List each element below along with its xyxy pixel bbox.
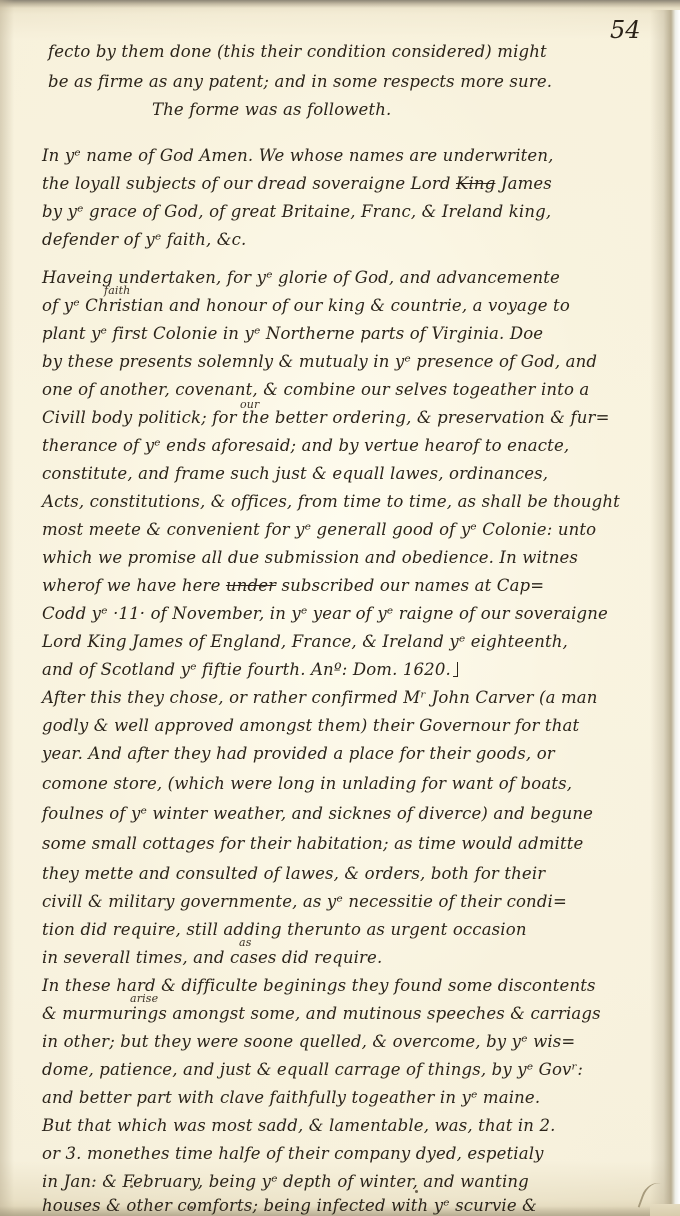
line-text: & murmurings amongst some, and mutinous …: [42, 1004, 601, 1023]
line-text: Codd yᵉ ·11· of November, in yᵉ year of …: [42, 604, 608, 623]
manuscript-line: in other; but they were soone quelled, &…: [42, 1032, 575, 1051]
line-text: in other; but they were soone quelled, &…: [42, 1032, 575, 1051]
manuscript-line: constitute, and frame such just & equall…: [42, 464, 548, 483]
manuscript-page: 54 fecto by them done (this their condit…: [0, 0, 680, 1216]
line-text: comone store, (which were long in unladi…: [42, 774, 572, 793]
page-left-edge: [0, 0, 14, 1216]
line-text: In these hard & difficulte beginings the…: [42, 976, 596, 995]
line-text: by these presents solemnly & mutualy in …: [42, 352, 597, 371]
struck-word: King: [456, 174, 495, 193]
manuscript-line: Civill body politick; for the better ord…: [42, 408, 610, 427]
manuscript-line: one of another, covenant, & combine our …: [42, 380, 589, 399]
manuscript-line: be as firme as any patent; and in some r…: [48, 72, 552, 91]
line-text: civill & military governmente, as yᵉ nec…: [42, 892, 567, 911]
line-text: wherof we have here: [42, 576, 221, 595]
line-text: in severall times, and cases did require…: [42, 948, 382, 967]
line-text: some small cottages for their habitation…: [42, 834, 583, 853]
manuscript-line: in severall times, and cases did require…: [42, 948, 382, 967]
manuscript-line: dome, patience, and just & equall carrag…: [42, 1060, 583, 1079]
line-text-continued: James: [495, 174, 551, 193]
line-text-continued: subscribed our names at Cap=: [276, 576, 544, 595]
manuscript-line: year. And after they had provided a plac…: [42, 744, 555, 763]
ink-speck: [415, 1190, 418, 1193]
line-text: one of another, covenant, & combine our …: [42, 380, 589, 399]
manuscript-line: wherof we have here under subscribed our…: [42, 576, 544, 595]
manuscript-line: Acts, constitutions, & offices, from tim…: [42, 492, 620, 511]
manuscript-line: most meete & convenient for yᵉ generall …: [42, 520, 596, 539]
manuscript-line: some small cottages for their habitation…: [42, 834, 583, 853]
manuscript-line: and of Scotland yᵉ fiftie fourth. Anº: D…: [42, 660, 458, 679]
interlinear-insertion: arise: [130, 992, 158, 1005]
line-text: most meete & convenient for yᵉ generall …: [42, 520, 596, 539]
manuscript-line: foulnes of yᵉ winter weather, and sickne…: [42, 804, 593, 823]
manuscript-line: Lord King James of England, France, & Ir…: [42, 632, 568, 651]
line-text: and better part with clave faithfully to…: [42, 1088, 540, 1107]
line-text: year. And after they had provided a plac…: [42, 744, 555, 763]
line-text: plant yᵉ first Colonie in yᵉ Northerne p…: [42, 324, 543, 343]
line-text: in Jan: & February, being yᵉ depth of wi…: [42, 1172, 529, 1191]
interlinear-insertion: our: [240, 398, 259, 411]
line-text: dome, patience, and just & equall carrag…: [42, 1060, 583, 1079]
manuscript-line: plant yᵉ first Colonie in yᵉ Northerne p…: [42, 324, 543, 343]
manuscript-line: houses & other comforts; being infected …: [42, 1196, 537, 1215]
manuscript-line: or 3. monethes time halfe of their compa…: [42, 1144, 544, 1163]
manuscript-line: & murmurings amongst some, and mutinous …: [42, 1004, 601, 1023]
manuscript-line: civill & military governmente, as yᵉ nec…: [42, 892, 567, 911]
line-text: the loyall subjects of our dread soverai…: [42, 174, 451, 193]
line-text: Lord King James of England, France, & Ir…: [42, 632, 568, 651]
manuscript-line: godly & well approved amongst them) thei…: [42, 716, 579, 735]
line-text: The forme was as followeth.: [152, 100, 391, 119]
closing-bracket-mark: [453, 662, 458, 677]
manuscript-line: by yᵉ grace of God, of great Britaine, F…: [42, 202, 551, 221]
line-text: houses & other comforts; being infected …: [42, 1196, 537, 1215]
line-text: therance of yᵉ ends aforesaid; and by ve…: [42, 436, 569, 455]
page-number: 54: [610, 16, 641, 44]
line-text: godly & well approved amongst them) thei…: [42, 716, 579, 735]
line-text: foulnes of yᵉ winter weather, and sickne…: [42, 804, 593, 823]
manuscript-line: of yᵉ Christian and honour of our king &…: [42, 296, 570, 315]
line-text: by yᵉ grace of God, of great Britaine, F…: [42, 202, 551, 221]
manuscript-line: defender of yᵉ faith, &c.: [42, 230, 246, 249]
line-text: tion did require, still adding therunto …: [42, 920, 527, 939]
line-text: Acts, constitutions, & offices, from tim…: [42, 492, 620, 511]
manuscript-line: In these hard & difficulte beginings the…: [42, 976, 596, 995]
manuscript-line: the loyall subjects of our dread soverai…: [42, 174, 552, 193]
ink-speck: [130, 1185, 133, 1188]
manuscript-line: they mette and consulted of lawes, & ord…: [42, 864, 545, 883]
manuscript-line: In yᵉ name of God Amen. We whose names a…: [42, 146, 554, 165]
manuscript-line: fecto by them done (this their condition…: [48, 42, 547, 61]
manuscript-line: and better part with clave faithfully to…: [42, 1088, 540, 1107]
manuscript-line: But that which was most sadd, & lamentab…: [42, 1116, 556, 1135]
line-text: After this they chose, or rather confirm…: [42, 688, 598, 707]
manuscript-line: tion did require, still adding therunto …: [42, 920, 527, 939]
manuscript-line: therance of yᵉ ends aforesaid; and by ve…: [42, 436, 569, 455]
line-text: and of Scotland yᵉ fiftie fourth. Anº: D…: [42, 660, 451, 679]
line-text: be as firme as any patent; and in some r…: [48, 72, 552, 91]
line-text: constitute, and frame such just & equall…: [42, 464, 548, 483]
line-text: In yᵉ name of God Amen. We whose names a…: [42, 146, 554, 165]
manuscript-line: by these presents solemnly & mutualy in …: [42, 352, 597, 371]
line-text: defender of yᵉ faith, &c.: [42, 230, 246, 249]
line-text: Civill body politick; for the better ord…: [42, 408, 610, 427]
line-text: fecto by them done (this their condition…: [48, 42, 547, 61]
ink-speck: [190, 1206, 193, 1209]
line-text: or 3. monethes time halfe of their compa…: [42, 1144, 544, 1163]
interlinear-insertion: as: [239, 936, 252, 949]
line-text: But that which was most sadd, & lamentab…: [42, 1116, 556, 1135]
line-text: which we promise all due submission and …: [42, 548, 578, 567]
manuscript-line: comone store, (which were long in unladi…: [42, 774, 572, 793]
manuscript-line: The forme was as followeth.: [152, 100, 391, 119]
manuscript-line: After this they chose, or rather confirm…: [42, 688, 598, 707]
manuscript-line: Codd yᵉ ·11· of November, in yᵉ year of …: [42, 604, 608, 623]
struck-word: under: [226, 576, 276, 595]
line-text: of yᵉ Christian and honour of our king &…: [42, 296, 570, 315]
line-text: they mette and consulted of lawes, & ord…: [42, 864, 545, 883]
manuscript-line: which we promise all due submission and …: [42, 548, 578, 567]
interlinear-insertion: faith: [104, 284, 130, 297]
manuscript-line: in Jan: & February, being yᵉ depth of wi…: [42, 1172, 529, 1191]
